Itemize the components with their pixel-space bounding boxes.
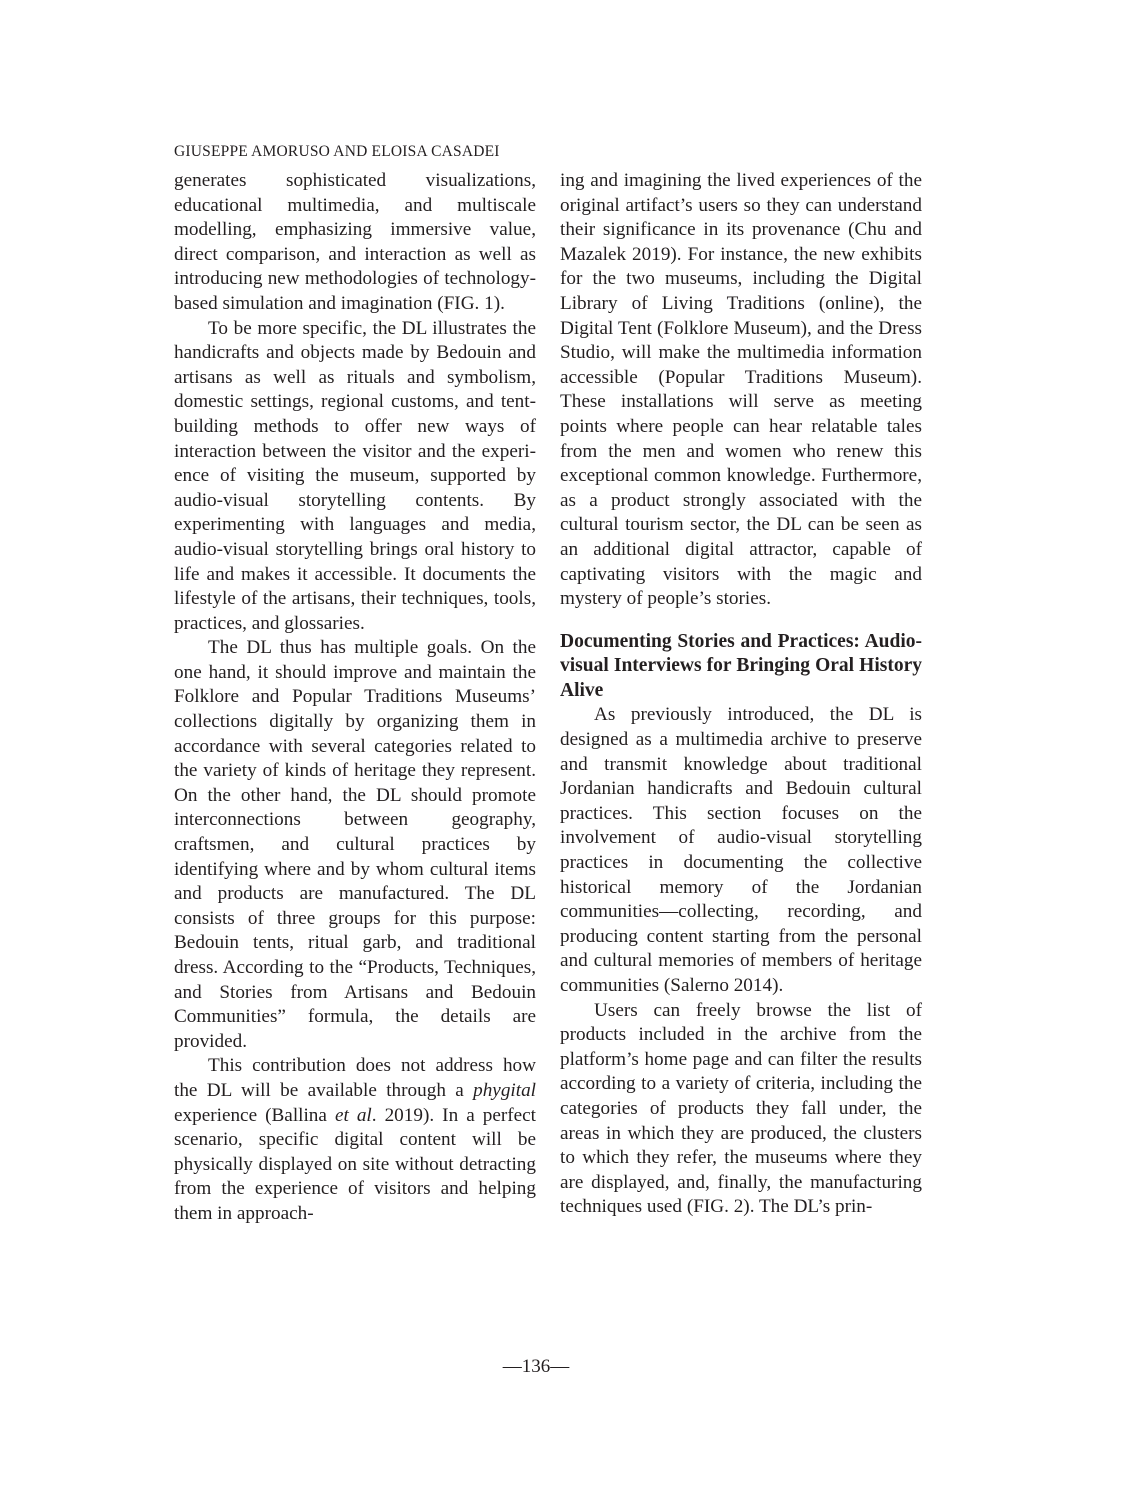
left-column: generates sophisticated visualizations, … <box>174 169 536 1227</box>
section-heading: Documenting Stories and Practices: Audio… <box>560 630 922 704</box>
paragraph: To be more specific, the DL illus­trates… <box>174 317 536 637</box>
paragraph: This contribution does not address how t… <box>174 1054 536 1226</box>
page-number: —136— <box>503 1356 570 1378</box>
text-run: experience (Ballina <box>174 1105 335 1126</box>
paragraph: ing and imagining the lived experiences … <box>560 169 922 612</box>
italic-term: phygital <box>473 1080 536 1101</box>
italic-term: et al <box>335 1105 372 1126</box>
right-column: ing and imagining the lived experiences … <box>560 169 922 1220</box>
running-head: Giuseppe Amoruso and Eloisa Casadei <box>174 143 500 161</box>
paragraph: generates sophisticated visualizations, … <box>174 169 536 317</box>
paragraph: The DL thus has multiple goals. On the o… <box>174 636 536 1054</box>
page-number-container: —136— <box>0 1356 1126 1378</box>
paragraph: As previously introduced, the DL is desi… <box>560 703 922 998</box>
paragraph: Users can freely browse the list of prod… <box>560 999 922 1220</box>
